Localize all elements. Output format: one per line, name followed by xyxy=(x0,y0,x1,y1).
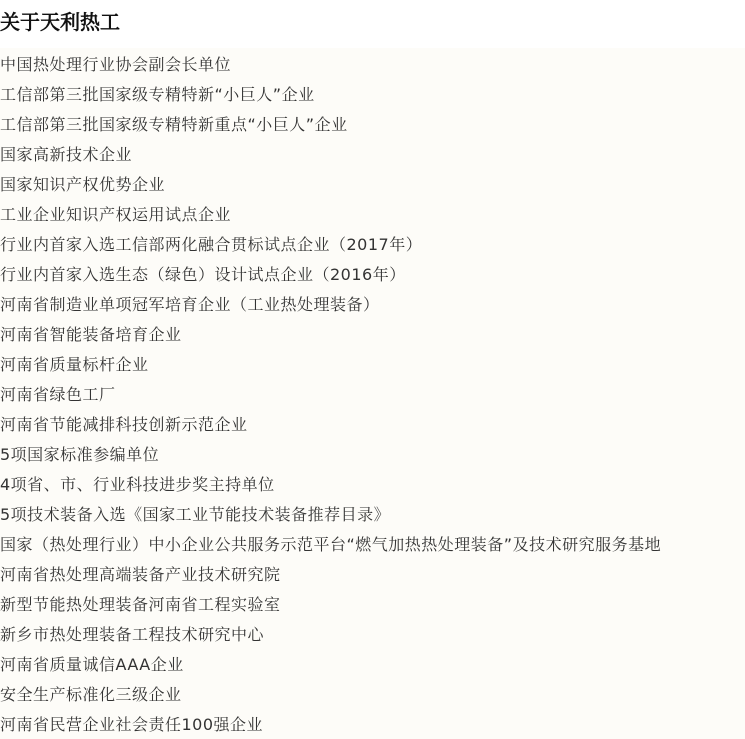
honors-list: 中国热处理行业协会副会长单位 工信部第三批国家级专精特新“小巨人”企业 工信部第… xyxy=(0,48,745,739)
list-item: 河南省质量诚信AAA企业 xyxy=(0,650,745,680)
list-item: 河南省绿色工厂 xyxy=(0,380,745,410)
list-item: 工信部第三批国家级专精特新重点“小巨人”企业 xyxy=(0,110,745,140)
list-item: 河南省制造业单项冠军培育企业（工业热处理装备） xyxy=(0,290,745,320)
list-item: 国家知识产权优势企业 xyxy=(0,170,745,200)
list-item: 行业内首家入选生态（绿色）设计试点企业（2016年） xyxy=(0,260,745,290)
list-item: 新乡市热处理装备工程技术研究中心 xyxy=(0,620,745,650)
list-item: 工信部第三批国家级专精特新“小巨人”企业 xyxy=(0,80,745,110)
list-item: 行业内首家入选工信部两化融合贯标试点企业（2017年） xyxy=(0,230,745,260)
honors-section: 中国热处理行业协会副会长单位 工信部第三批国家级专精特新“小巨人”企业 工信部第… xyxy=(0,48,745,739)
list-item: 河南省节能减排科技创新示范企业 xyxy=(0,410,745,440)
list-item: 河南省热处理高端装备产业技术研究院 xyxy=(0,560,745,590)
list-item: 4项省、市、行业科技进步奖主持单位 xyxy=(0,470,745,500)
list-item: 安全生产标准化三级企业 xyxy=(0,680,745,710)
list-item: 新型节能热处理装备河南省工程实验室 xyxy=(0,590,745,620)
list-item: 河南省民营企业社会责任100强企业 xyxy=(0,710,745,739)
list-item: 河南省质量标杆企业 xyxy=(0,350,745,380)
list-item: 国家高新技术企业 xyxy=(0,140,745,170)
list-item: 国家（热处理行业）中小企业公共服务示范平台“燃气加热热处理装备”及技术研究服务基… xyxy=(0,530,745,560)
list-item: 5项国家标准参编单位 xyxy=(0,440,745,470)
list-item: 工业企业知识产权运用试点企业 xyxy=(0,200,745,230)
list-item: 河南省智能装备培育企业 xyxy=(0,320,745,350)
list-item: 5项技术装备入选《国家工业节能技术装备推荐目录》 xyxy=(0,500,745,530)
list-item: 中国热处理行业协会副会长单位 xyxy=(0,50,745,80)
page-title: 关于天利热工 xyxy=(0,8,120,36)
